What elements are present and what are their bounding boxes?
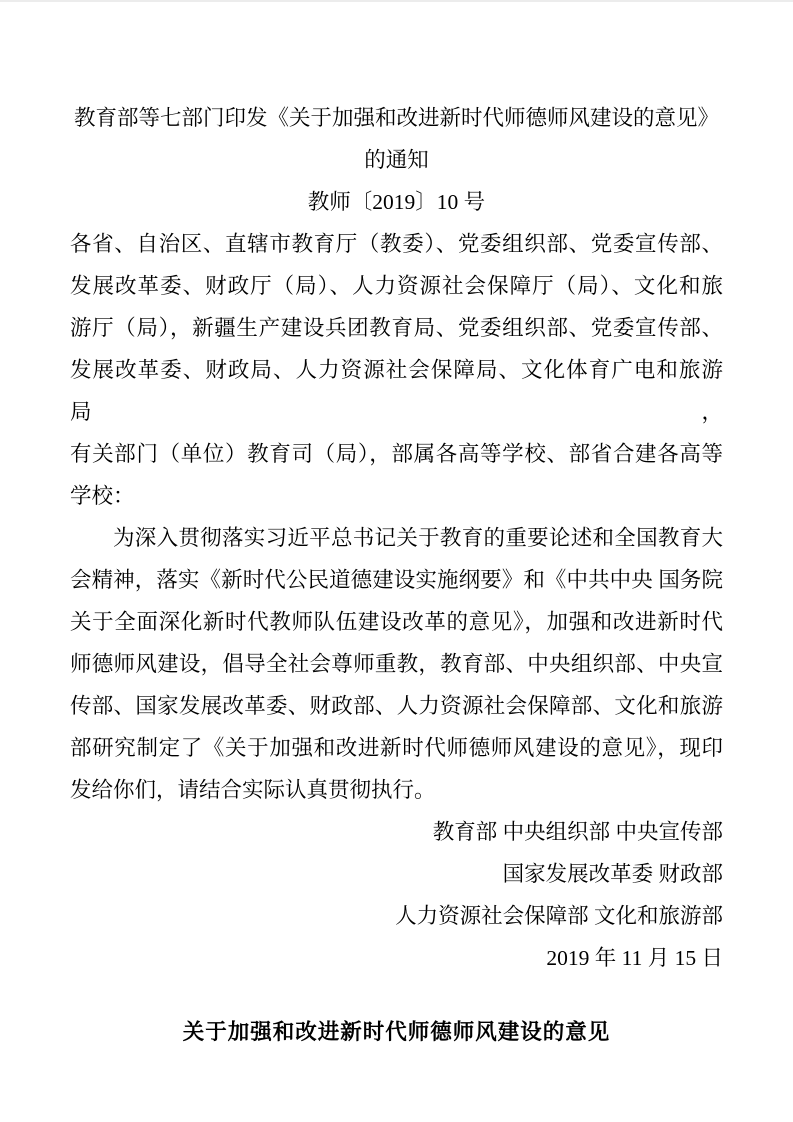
salutation-block: 各省、自治区、直辖市教育厅（教委）、党委组织部、党委宣传部、 发展改革委、财政厅… — [70, 223, 723, 517]
body-line: 部研究制定了《关于加强和改进新时代师德师风建设的意见》，现印 — [70, 727, 723, 769]
body-line: 发给你们，请结合实际认真贯彻执行。 — [70, 769, 723, 811]
signer-line: 教育部 中央组织部 中央宣传部 — [70, 811, 723, 853]
body-line: 会精神，落实《新时代公民道德建设实施纲要》和《中共中央 国务院 — [70, 559, 723, 601]
body-paragraph: 为深入贯彻落实习近平总书记关于教育的重要论述和全国教育大 会精神，落实《新时代公… — [70, 517, 723, 811]
attachment-title: 关于加强和改进新时代师德师风建设的意见 — [70, 1011, 723, 1053]
signer-line: 国家发展改革委 财政部 — [70, 853, 723, 895]
date-line: 2019 年 11 月 15 日 — [70, 937, 723, 979]
body-line: 师德师风建设，倡导全社会尊师重教，教育部、中央组织部、中央宣 — [70, 643, 723, 685]
notice-title-line-2: 的通知 — [70, 139, 723, 181]
salutation-line: 发展改革委、财政厅（局）、人力资源社会保障厅（局）、文化和旅 — [70, 265, 723, 307]
body-line: 关于全面深化新时代教师队伍建设改革的意见》，加强和改进新时代 — [70, 601, 723, 643]
body-line: 为深入贯彻落实习近平总书记关于教育的重要论述和全国教育大 — [70, 517, 723, 559]
salutation-line: 游厅（局），新疆生产建设兵团教育局、党委组织部、党委宣传部、 — [70, 307, 723, 349]
signature-block: 教育部 中央组织部 中央宣传部 国家发展改革委 财政部 人力资源社会保障部 文化… — [70, 811, 723, 979]
doc-number: 教师〔2019〕10 号 — [70, 181, 723, 223]
document-page: 教育部等七部门印发《关于加强和改进新时代师德师风建设的意见》 的通知 教师〔20… — [0, 0, 793, 1122]
body-line: 传部、国家发展改革委、财政部、人力资源社会保障部、文化和旅游 — [70, 685, 723, 727]
salutation-line: 发展改革委、财政局、人力资源社会保障局、文化体育广电和旅游局， — [70, 349, 723, 433]
signer-line: 人力资源社会保障部 文化和旅游部 — [70, 895, 723, 937]
salutation-line: 各省、自治区、直辖市教育厅（教委）、党委组织部、党委宣传部、 — [70, 223, 723, 265]
salutation-line: 学校： — [70, 475, 723, 517]
salutation-line: 有关部门（单位）教育司（局），部属各高等学校、部省合建各高等 — [70, 433, 723, 475]
notice-title-line-1: 教育部等七部门印发《关于加强和改进新时代师德师风建设的意见》 — [70, 97, 723, 139]
